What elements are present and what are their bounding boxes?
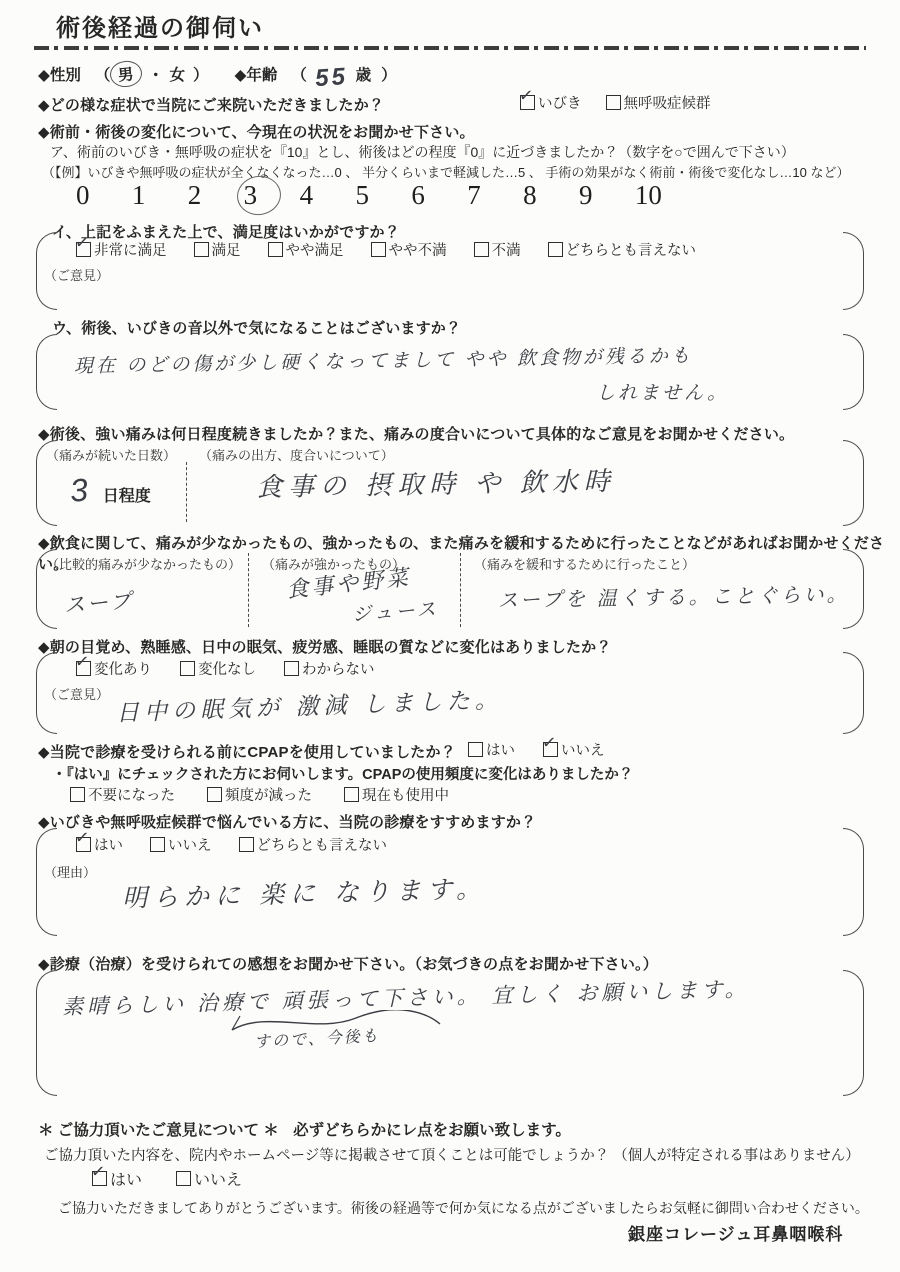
- symptom-question: ◆どの様な症状で当院にご来院いただきましたか？: [38, 94, 384, 115]
- reason-label: （理由）: [44, 862, 96, 881]
- checkbox-icon: ✓: [468, 742, 483, 757]
- option-label: いいえ: [561, 739, 605, 760]
- scale-9: 9: [579, 180, 593, 211]
- cpap-options: ✓ はい ✓ いいえ: [468, 739, 605, 760]
- clinic-name: 銀座コレージュ耳鼻咽喉科: [628, 1220, 843, 1245]
- checkbox-yaya-manzoku: ✓ やや満足: [268, 239, 344, 260]
- cpap-followup-options: ✓ 不要になった ✓ 頻度が減った ✓ 現在も使用中: [70, 784, 449, 805]
- checkbox-icon: ✓: [268, 242, 283, 257]
- cpap-question: ◆当院で診療を受けられる前にCPAPを使用していましたか？: [38, 741, 456, 762]
- checkbox-fuman: ✓ 不満: [474, 239, 521, 260]
- check-mark: ✓: [74, 828, 90, 846]
- checkbox-icon: ✓: [474, 242, 489, 257]
- symptom-options: ✓ いびき ✓ 無呼吸症候群: [520, 92, 711, 113]
- option-label: 不要になった: [88, 784, 175, 805]
- pain-days-label: （痛みが続いた日数）: [46, 445, 176, 464]
- checkbox-manzoku: ✓ 満足: [194, 239, 241, 260]
- checkbox-cpap-hai: ✓ はい: [468, 739, 515, 760]
- option-label: いびき: [538, 92, 582, 113]
- change-heading: ◆術前・術後の変化について、今現在の状況をお聞かせ下さい。: [38, 121, 475, 142]
- dot-separator: ・: [148, 63, 164, 85]
- checkbox-yaya-fuman: ✓ やや不満: [371, 239, 447, 260]
- eating-col3-handwritten: スープを 温くする。ことぐらい。: [498, 578, 850, 613]
- check-mark: ✓: [74, 652, 90, 670]
- eating-col1-handwritten: スープ: [63, 585, 135, 620]
- scale-0: 0: [76, 180, 90, 211]
- option-label: 満足: [212, 239, 241, 260]
- checkbox-ibiki: ✓ いびき: [520, 92, 582, 113]
- option-label: やや不満: [389, 239, 447, 260]
- footer-note-bold: 必ずどちらかにレ点をお願い致します。: [293, 1122, 571, 1139]
- checkbox-icon: ✓: [76, 242, 91, 257]
- check-mark: ✓: [90, 1162, 106, 1180]
- publish-question: ご協力頂いた内容を、院内やホームページ等に掲載させて頂くことは可能でしょうか？ …: [44, 1144, 860, 1165]
- comment-label: （ご意見）: [44, 684, 109, 703]
- eating-col2-handwritten-line2: ジュース: [351, 594, 439, 627]
- pain-detail-handwritten: 食事の 摂取時 や 飲水時: [256, 461, 616, 504]
- scale-1: 1: [132, 180, 146, 211]
- option-label: はい: [110, 1167, 142, 1190]
- satisfaction-options: ✓ 非常に満足 ✓ 満足 ✓ やや満足 ✓ やや不満 ✓ 不満 ✓ どちらとも言…: [76, 239, 696, 260]
- option-label: やや満足: [286, 239, 344, 260]
- checkbox-henka-nashi: ✓ 変化なし: [180, 658, 256, 679]
- checkbox-icon: ✓: [76, 837, 91, 852]
- pain-days-value-handwritten: 3: [68, 471, 92, 510]
- scale-8: 8: [523, 180, 537, 211]
- checkbox-cpap-iie: ✓ いいえ: [543, 739, 605, 760]
- eating-box: （比較的痛みが少なかったもの） （痛みが強かったもの） （痛みを緩和するために行…: [36, 549, 864, 629]
- option-label: 変化あり: [94, 658, 152, 679]
- scale-6: 6: [411, 180, 425, 211]
- option-label: 非常に満足: [94, 239, 167, 260]
- concerns-answer-line2: しれません。: [596, 378, 729, 405]
- check-mark: ✓: [541, 733, 557, 751]
- footer-note: ＊ ご協力頂いたご意見について ＊ 必ずどちらかにレ点をお願い致します。: [38, 1118, 571, 1140]
- option-label: どちらとも言えない: [566, 239, 697, 260]
- checkbox-publish-iie: ✓ いいえ: [176, 1167, 242, 1190]
- checkbox-icon: ✓: [207, 787, 222, 802]
- checkbox-susume-hai: ✓ はい: [76, 834, 123, 855]
- recommend-options: ✓ はい ✓ いいえ ✓ どちらとも言えない: [76, 834, 387, 855]
- thanks-note: ご協力いただきましてありがとうございます。術後の経過等で何か気になる点がございま…: [58, 1198, 869, 1218]
- checkbox-icon: ✓: [606, 95, 621, 110]
- recommend-reason-handwritten: 明らかに 楽に なります。: [122, 869, 488, 915]
- checkbox-icon: ✓: [176, 1171, 191, 1186]
- scale-2: 2: [188, 180, 202, 211]
- paren: ）: [381, 63, 397, 85]
- option-label: はい: [486, 739, 515, 760]
- paren: （: [291, 63, 307, 85]
- score-scale: 0 1 2 3 4 5 6 7 8 9 10: [76, 180, 662, 211]
- pain-detail-label: （痛みの出方、度合いについて）: [199, 445, 394, 464]
- gender-label: ◆性別: [38, 63, 81, 85]
- change-question-a: ア、術前のいびき・無呼吸の症状を『10』とし、術後はどの程度『0』に近づきました…: [50, 142, 795, 162]
- scale-4: 4: [300, 180, 314, 211]
- checkbox-genzai-shiyochu: ✓ 現在も使用中: [344, 784, 449, 805]
- pain-days-answer: 3 日程度: [70, 472, 151, 509]
- checkbox-icon: ✓: [194, 242, 209, 257]
- title-divider: [34, 46, 866, 50]
- check-mark: ✓: [518, 86, 534, 104]
- eating-divider-1: [248, 553, 249, 627]
- age-unit: 歳: [356, 63, 372, 85]
- option-label: 頻度が減った: [225, 784, 312, 805]
- checkbox-icon: ✓: [150, 837, 165, 852]
- checkbox-icon: ✓: [543, 742, 558, 757]
- pain-days-unit: 日程度: [103, 483, 151, 506]
- satisfaction-box: ✓ 非常に満足 ✓ 満足 ✓ やや満足 ✓ やや不満 ✓ 不満 ✓ どちらとも言…: [36, 232, 864, 310]
- change-example: （【例】いびきや無呼吸の症状が全くなくなった…0 、 半分くらいまで軽減した…5…: [42, 162, 849, 181]
- pain-box: （痛みが続いた日数） （痛みの出方、度合いについて） 3 日程度 食事の 摂取時…: [36, 440, 864, 526]
- option-label: いいえ: [194, 1167, 242, 1190]
- paren: （: [95, 63, 111, 85]
- eating-col3-label: （痛みを緩和するために行ったこと）: [474, 554, 695, 573]
- checkbox-icon: ✓: [239, 837, 254, 852]
- checkbox-icon: ✓: [371, 242, 386, 257]
- scanned-questionnaire: 術後経過の御伺い ◆性別 （ 男 ・ 女 ） ◆年齢 （ 55 歳 ） ◆どの様…: [0, 0, 900, 1272]
- option-label: いいえ: [168, 834, 212, 855]
- checkbox-susume-iie: ✓ いいえ: [150, 834, 212, 855]
- checkbox-icon: ✓: [70, 787, 85, 802]
- checkbox-icon: ✓: [284, 661, 299, 676]
- checkbox-henka-ari: ✓ 変化あり: [76, 658, 152, 679]
- option-label: どちらとも言えない: [257, 834, 388, 855]
- checkbox-icon: ✓: [76, 661, 91, 676]
- footer-note-prefix: ＊ ご協力頂いたご意見について ＊: [38, 1122, 279, 1139]
- option-label: はい: [94, 834, 123, 855]
- checkbox-icon: ✓: [344, 787, 359, 802]
- checkbox-publish-hai: ✓ はい: [92, 1167, 142, 1190]
- cpap-followup: ・『はい』にチェックされた方にお伺いします。CPAPの使用頻度に変化はありました…: [52, 763, 633, 784]
- option-label: 不満: [492, 239, 521, 260]
- scale-5: 5: [355, 180, 369, 211]
- age-label: ◆年齢: [235, 63, 278, 85]
- concerns-answer-line1: 現在 のどの傷が少し硬くなってまして やや 飲食物が残るかも: [74, 341, 693, 379]
- comment-label: （ご意見）: [44, 265, 109, 284]
- page-title: 術後経過の御伺い: [56, 8, 264, 43]
- eating-divider-2: [460, 553, 461, 627]
- checkbox-icon: ✓: [180, 661, 195, 676]
- checkbox-hindo-hetta: ✓ 頻度が減った: [207, 784, 312, 805]
- option-label: わからない: [302, 658, 375, 679]
- checkbox-dochiratomo: ✓ どちらとも言えない: [548, 239, 697, 260]
- checkbox-icon: ✓: [520, 95, 535, 110]
- sleep-options: ✓ 変化あり ✓ 変化なし ✓ わからない: [76, 658, 375, 679]
- pain-divider: [186, 462, 187, 522]
- check-mark: ✓: [74, 233, 90, 251]
- impression-box: 素晴らしい 治療で 頑張って下さい。 宜しく お願いします。 すので、今後も: [36, 970, 864, 1096]
- profile-row: ◆性別 （ 男 ・ 女 ） ◆年齢 （ 55 歳 ）: [38, 60, 397, 88]
- checkbox-mukokyu: ✓ 無呼吸症候群: [606, 92, 711, 113]
- checkbox-susume-dochira: ✓ どちらとも言えない: [239, 834, 388, 855]
- gender-male: 男: [118, 66, 135, 85]
- paren: ）: [193, 63, 209, 85]
- age-value-handwritten: 55: [314, 63, 349, 93]
- checkbox-fuyoni-natta: ✓ 不要になった: [70, 784, 175, 805]
- concerns-box: 現在 のどの傷が少し硬くなってまして やや 飲食物が残るかも しれません。: [36, 334, 864, 410]
- checkbox-hijoni-manzoku: ✓ 非常に満足: [76, 239, 167, 260]
- recommend-box: ✓ はい ✓ いいえ ✓ どちらとも言えない （理由） 明らかに 楽に なります…: [36, 828, 864, 936]
- scale-10: 10: [635, 180, 662, 211]
- sleep-box: ✓ 変化あり ✓ 変化なし ✓ わからない （ご意見） 日中の眠気が 激減 しま…: [36, 652, 864, 734]
- checkbox-wakaranai: ✓ わからない: [284, 658, 375, 679]
- checkbox-icon: ✓: [548, 242, 563, 257]
- gender-male-circled: 男: [109, 59, 143, 88]
- publish-options: ✓ はい ✓ いいえ: [92, 1167, 242, 1190]
- sleep-comment-handwritten: 日中の眠気が 激減 しました。: [116, 681, 504, 727]
- option-label: 変化なし: [198, 658, 256, 679]
- checkbox-icon: ✓: [92, 1171, 107, 1186]
- option-label: 現在も使用中: [362, 784, 449, 805]
- option-label: 無呼吸症候群: [624, 92, 711, 113]
- scale-7: 7: [467, 180, 481, 211]
- gender-female: 女: [169, 63, 185, 85]
- eating-col1-label: （比較的痛みが少なかったもの）: [46, 554, 241, 573]
